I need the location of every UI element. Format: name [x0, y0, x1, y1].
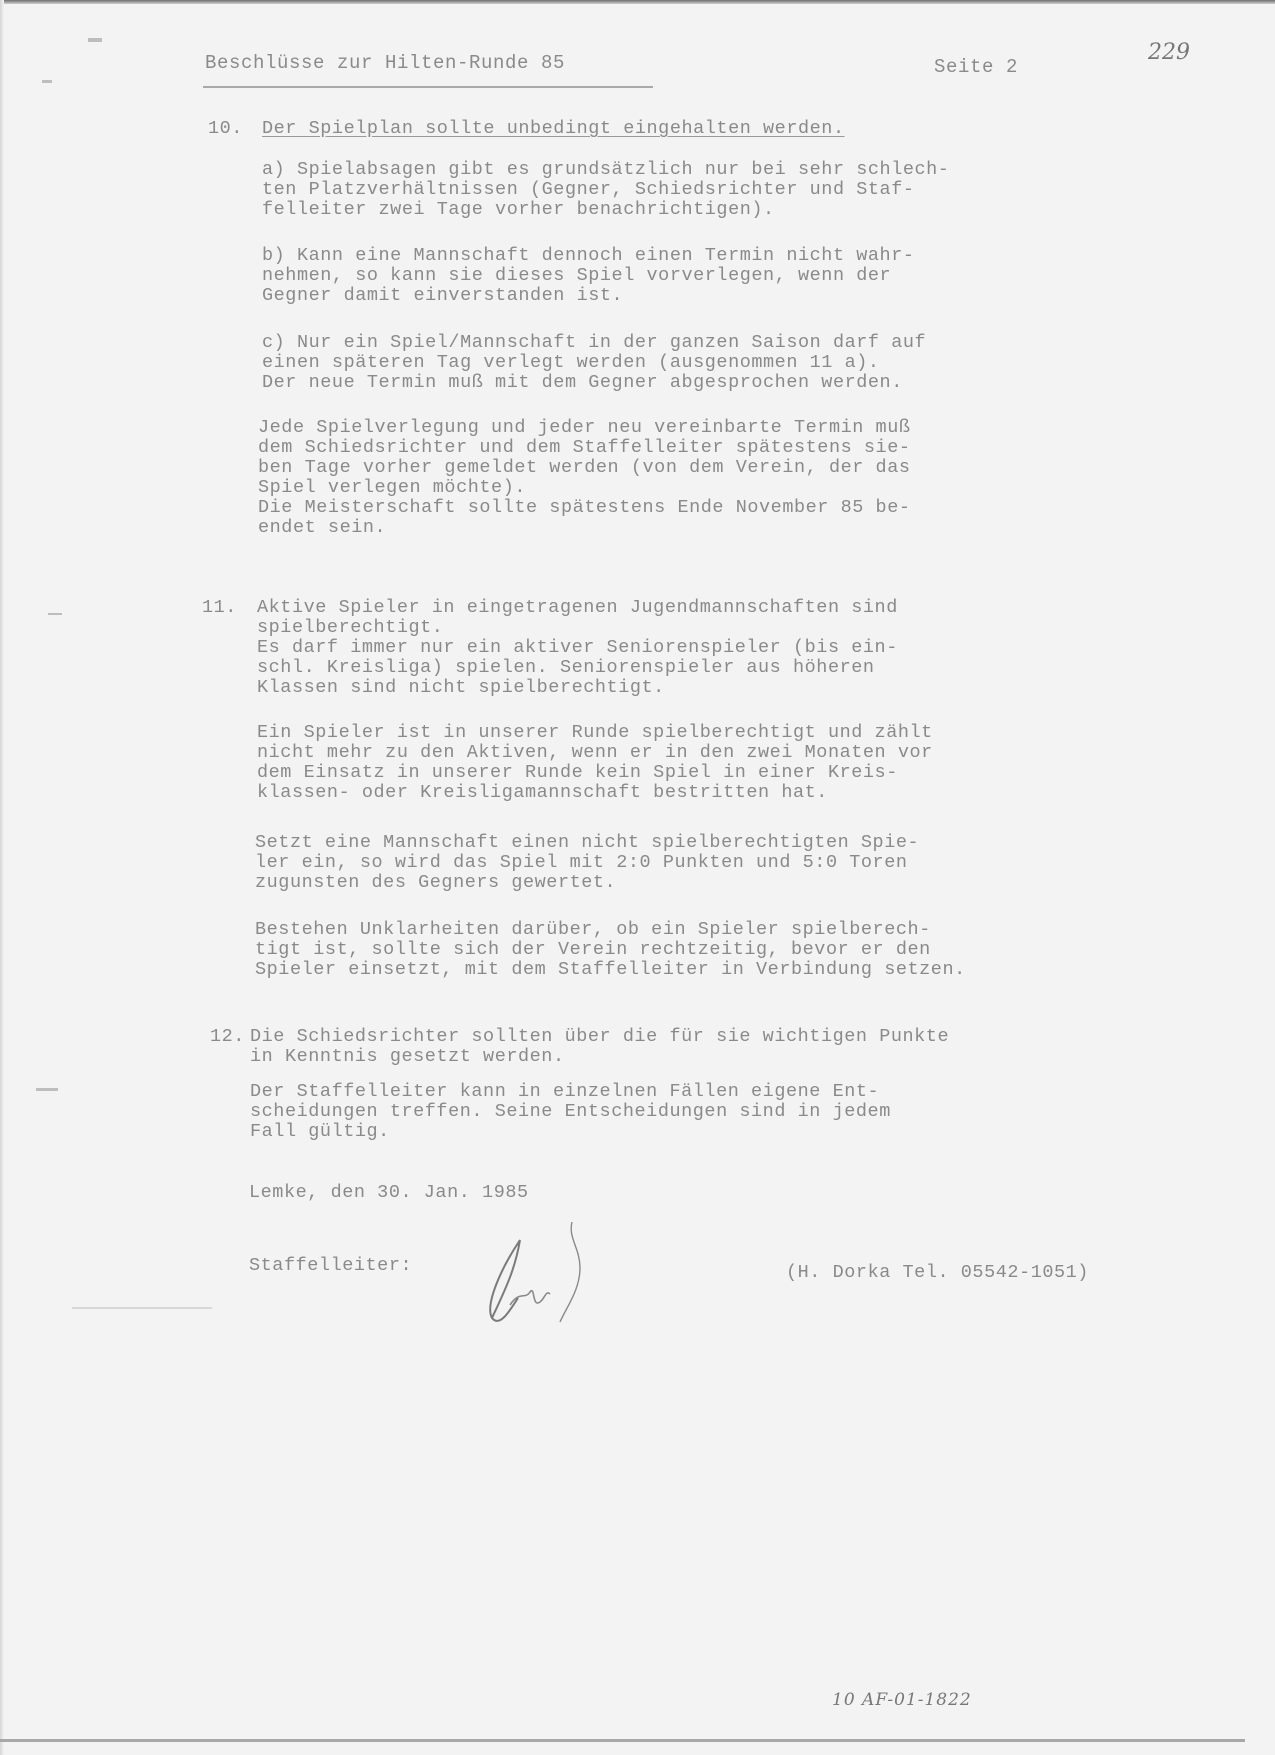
text-line: a) Spielabsagen gibt es grundsätzlich nu…: [262, 160, 949, 180]
archive-id: 10 AF-01-1822: [832, 1690, 972, 1710]
text-line: einen späteren Tag verlegt werden (ausge…: [262, 353, 880, 373]
title-underline: [203, 86, 653, 88]
scan-speck: [36, 1088, 58, 1091]
text-line: Bestehen Unklarheiten darüber, ob ein Sp…: [255, 920, 931, 940]
text-line: klassen- oder Kreisligamannschaft bestri…: [257, 783, 828, 803]
text-line: zugunsten des Gegners gewertet.: [255, 873, 616, 893]
text-line: Aktive Spieler in eingetragenen Jugendma…: [257, 598, 898, 618]
text-line: spielberechtigt.: [257, 618, 443, 638]
scan-bottom-edge: [0, 1739, 1245, 1742]
text-line: Es darf immer nur ein aktiver Seniorensp…: [257, 638, 898, 658]
text-line: ten Platzverhältnissen (Gegner, Schiedsr…: [262, 180, 915, 200]
scan-left-edge: [0, 0, 4, 1755]
scan-speck: [88, 38, 102, 42]
text-line: Spiel verlegen möchte).: [258, 478, 526, 498]
text-line: nehmen, so kann sie dieses Spiel vorverl…: [262, 266, 891, 286]
text-line: tigt ist, sollte sich der Verein rechtze…: [255, 940, 931, 960]
scan-speck: [42, 80, 52, 83]
text-line: Ein Spieler ist in unserer Runde spielbe…: [257, 723, 933, 743]
text-line: ben Tage vorher gemeldet werden (von dem…: [258, 458, 911, 478]
scan-speck: [48, 613, 62, 615]
scan-top-edge: [0, 0, 1275, 4]
text-line: nicht mehr zu den Aktiven, wenn er in de…: [257, 743, 933, 763]
text-line: ler ein, so wird das Spiel mit 2:0 Punkt…: [255, 853, 908, 873]
scan-speck: [72, 1307, 212, 1309]
text-line: Der Staffelleiter kann in einzelnen Fäll…: [250, 1082, 879, 1102]
text-line: Klassen sind nicht spielberechtigt.: [257, 678, 665, 698]
signature-label: Staffelleiter:: [249, 1255, 412, 1276]
section-10-heading: Der Spielplan sollte unbedingt eingehalt…: [262, 119, 845, 139]
handwritten-page-number: 229: [1148, 40, 1190, 65]
text-line: in Kenntnis gesetzt werden.: [250, 1047, 565, 1067]
text-line: dem Einsatz in unserer Runde kein Spiel …: [257, 763, 898, 783]
section-12-number: 12.: [210, 1027, 245, 1047]
handwritten-signature: [480, 1220, 640, 1330]
place-date: Lemke, den 30. Jan. 1985: [249, 1183, 529, 1203]
text-line: Jede Spielverlegung und jeder neu verein…: [258, 418, 911, 438]
text-line: schl. Kreisliga) spielen. Seniorenspiele…: [257, 658, 875, 678]
text-line: b) Kann eine Mannschaft dennoch einen Te…: [262, 246, 915, 266]
text-line: felleiter zwei Tage vorher benachrichtig…: [262, 200, 775, 220]
text-line: Spieler einsetzt, mit dem Staffelleiter …: [255, 960, 966, 980]
text-line: Die Meisterschaft sollte spätestens Ende…: [258, 498, 911, 518]
document-title: Beschlüsse zur Hilten-Runde 85: [205, 52, 565, 74]
text-line: Der neue Termin muß mit dem Gegner abges…: [262, 373, 903, 393]
text-line: Die Schiedsrichter sollten über die für …: [250, 1027, 949, 1047]
text-line: Setzt eine Mannschaft einen nicht spielb…: [255, 833, 919, 853]
text-line: Fall gültig.: [250, 1122, 390, 1142]
text-line: c) Nur ein Spiel/Mannschaft in der ganze…: [262, 333, 926, 353]
page-label: Seite 2: [934, 56, 1018, 78]
text-line: dem Schiedsrichter und dem Staffelleiter…: [258, 438, 911, 458]
section-10-number: 10.: [208, 119, 243, 139]
contact-info: (H. Dorka Tel. 05542-1051): [786, 1262, 1089, 1283]
section-11-number: 11.: [202, 598, 237, 618]
text-line: Gegner damit einverstanden ist.: [262, 286, 623, 306]
text-line: scheidungen treffen. Seine Entscheidunge…: [250, 1102, 891, 1122]
text-line: endet sein.: [258, 518, 386, 538]
